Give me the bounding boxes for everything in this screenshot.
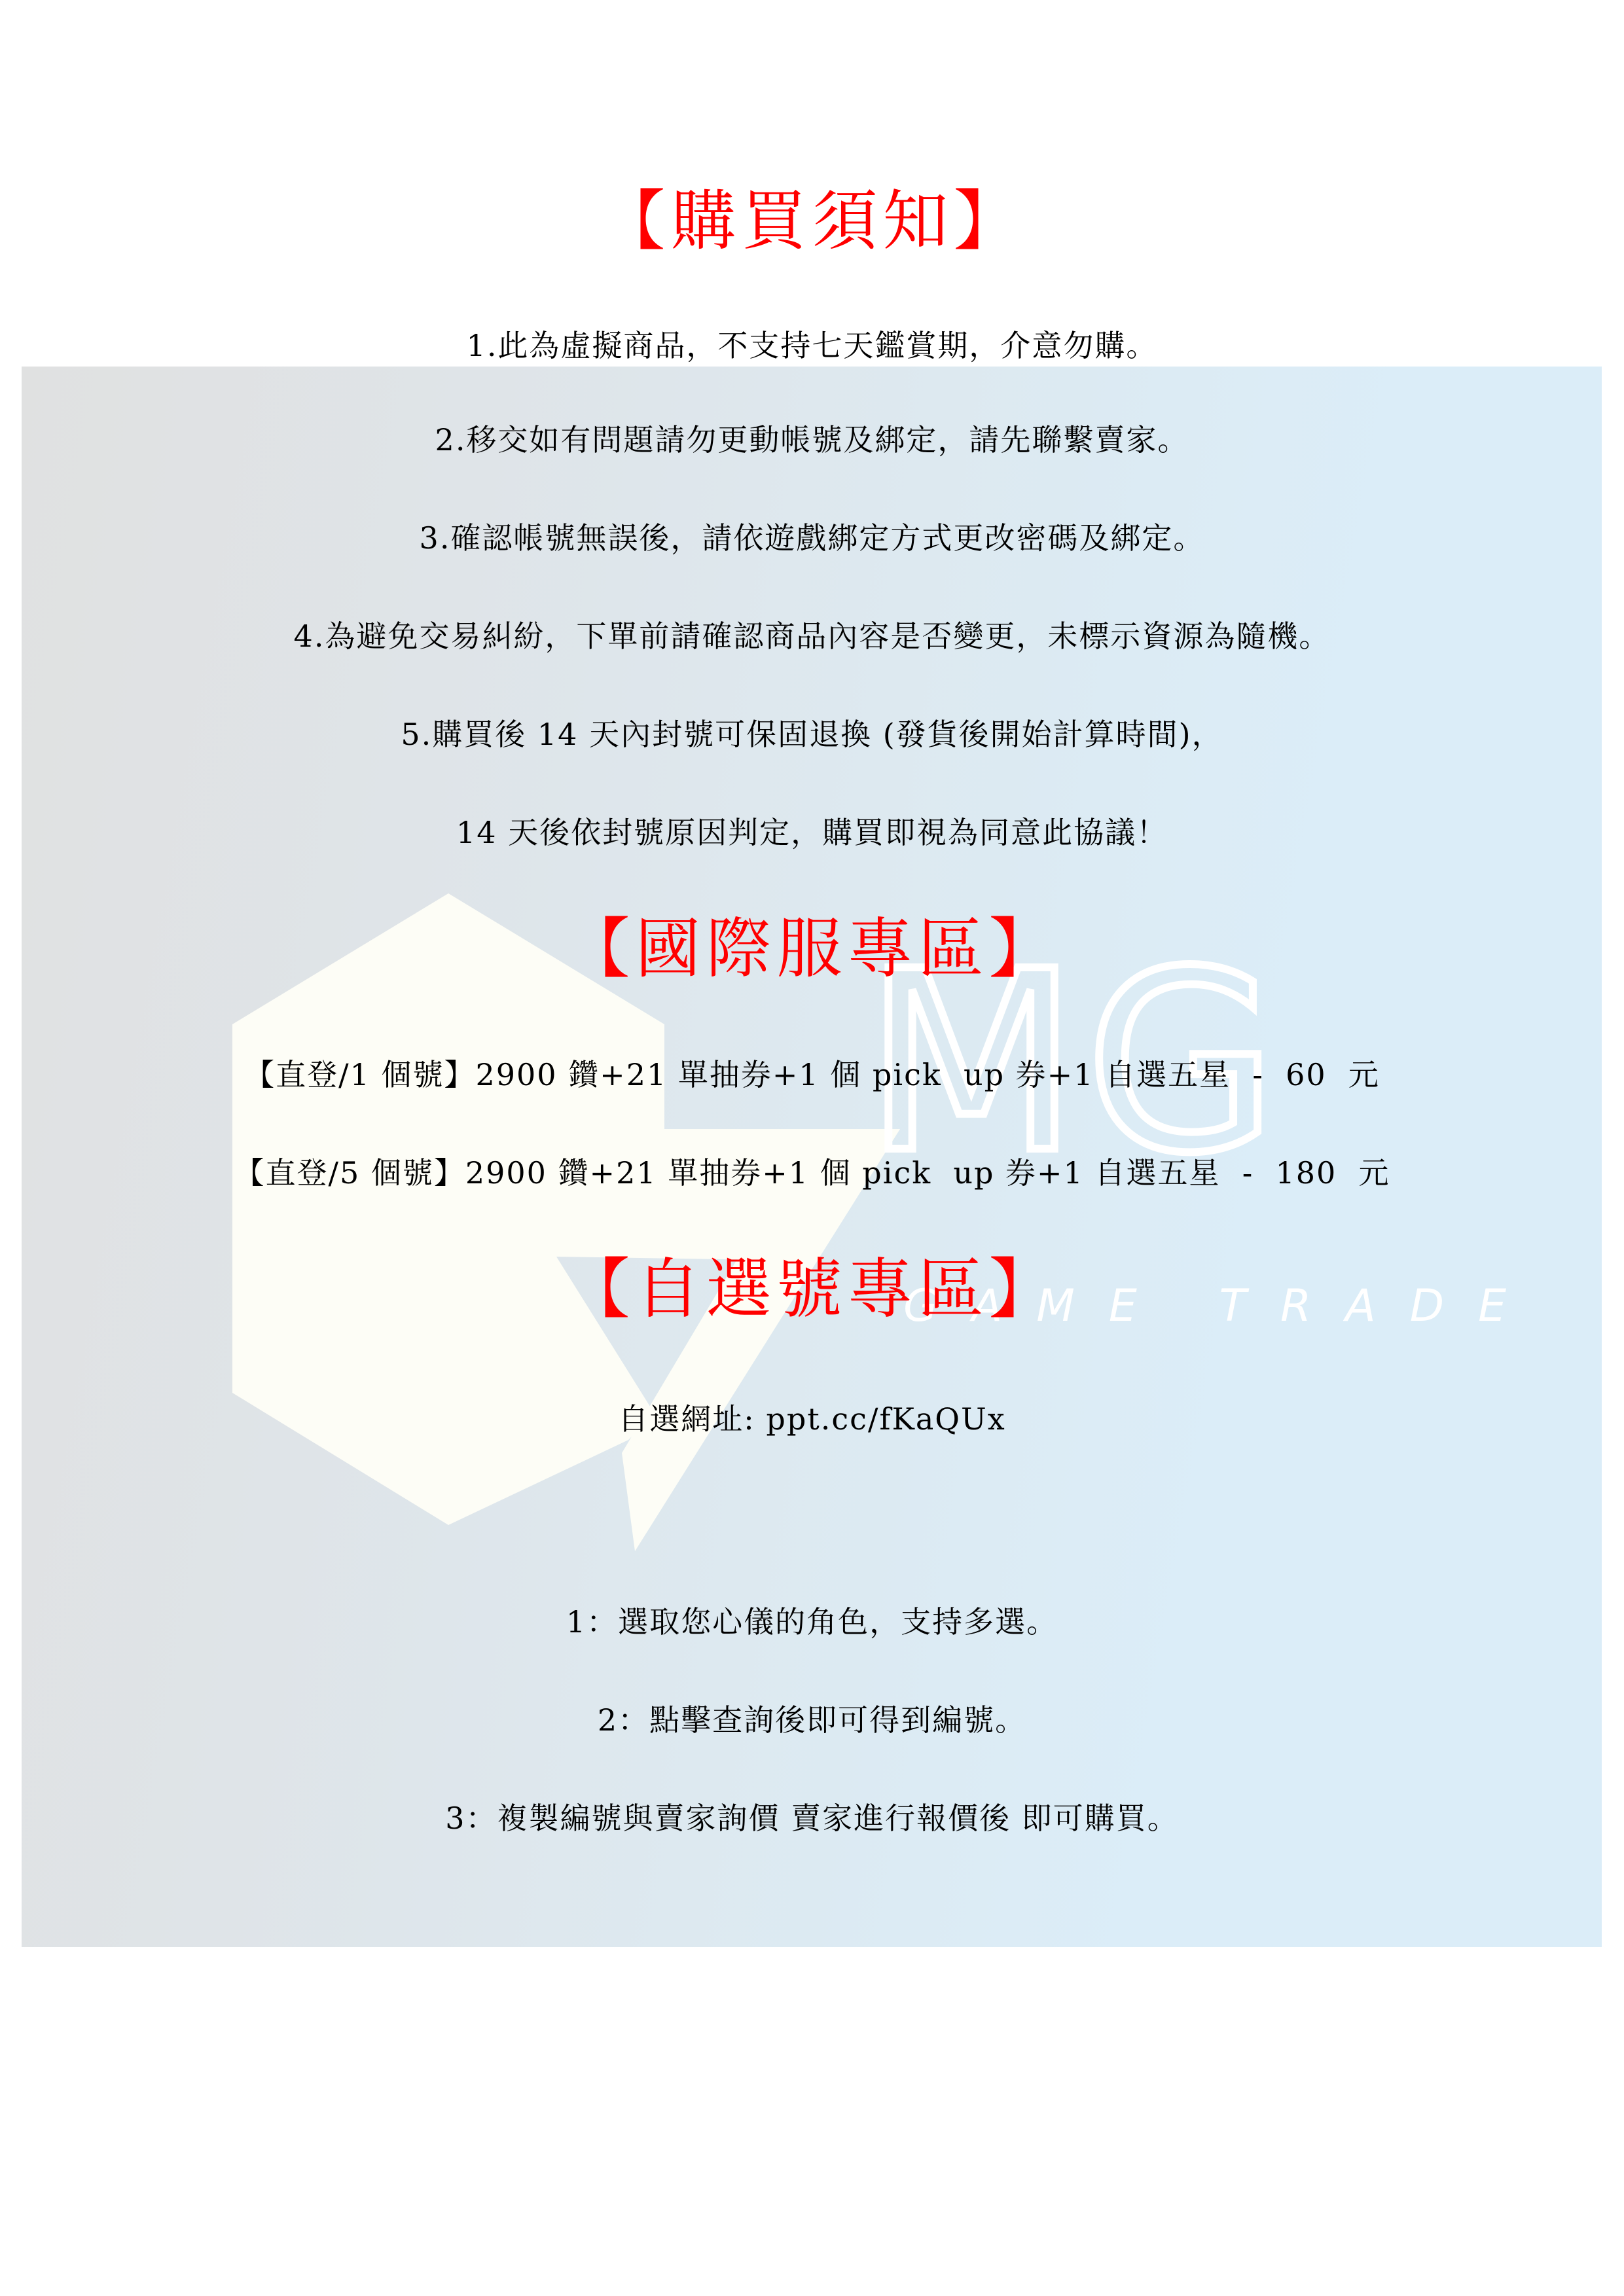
notice-item-5: 5.購買後 14 天內封號可保固退換 (發貨後開始計算時間)， (0, 715, 1624, 754)
international-title: 【國際服專區】 (0, 910, 1624, 988)
notice-item-2: 2.移交如有問題請勿更動帳號及綁定，請先聯繫賣家。 (0, 420, 1624, 459)
notice-item-6: 14 天後依封號原因判定，購買即視為同意此協議！ (0, 813, 1624, 852)
custom-step-2: 2：點擊查詢後即可得到編號。 (0, 1700, 1624, 1740)
custom-step-3: 3：複製編號與賣家詢價 賣家進行報價後 即可購買。 (0, 1799, 1624, 1838)
custom-step-1: 1：選取您心儀的角色，支持多選。 (0, 1602, 1624, 1641)
custom-url[interactable]: 自選網址: ppt.cc/fKaQUx (0, 1399, 1624, 1439)
notice-title: 【購買須知】 (0, 182, 1624, 260)
notice-item-1: 1.此為虛擬商品，不支持七天鑑賞期，介意勿購。 (0, 326, 1624, 365)
custom-title: 【自選號專區】 (0, 1250, 1624, 1329)
notice-item-4: 4.為避免交易糾紛，下單前請確認商品內容是否變更，未標示資源為隨機。 (0, 617, 1624, 656)
product-1-account: 【直登/1 個號】2900 鑽+21 單抽券+1 個 pick up 券+1 自… (0, 1055, 1624, 1094)
notice-item-3: 3.確認帳號無誤後，請依遊戲綁定方式更改密碼及綁定。 (0, 518, 1624, 558)
product-5-accounts: 【直登/5 個號】2900 鑽+21 單抽券+1 個 pick up 券+1 自… (0, 1153, 1624, 1193)
